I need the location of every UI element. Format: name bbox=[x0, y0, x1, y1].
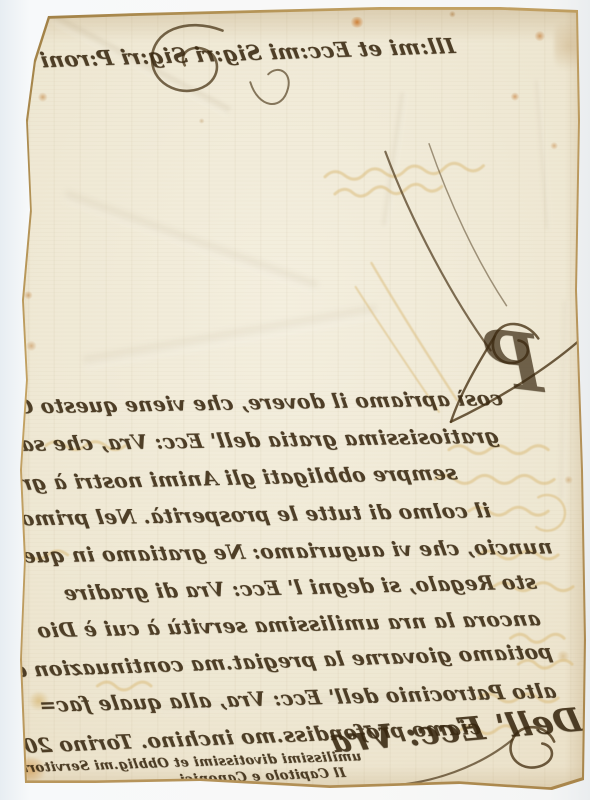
manuscript-line-12: Il Capitolo e Canonici bbox=[218, 766, 346, 786]
manuscript-line-8: potiamo giovarne la pregiat.ma continuaz… bbox=[36, 639, 553, 681]
paper-crease bbox=[559, 301, 568, 500]
manuscript-line-5: nuncio, che vi auguriamo: Ne gratiamo in… bbox=[28, 534, 553, 567]
manuscript-line-1: così apriamo il dovere, che viene questo… bbox=[38, 386, 503, 418]
manuscript-page: Ill:mi et Ecc:mi Sig:ri Sig:ri P:roni Co… bbox=[2, 3, 588, 797]
heading-line: Ill:mi et Ecc:mi Sig:ri Sig:ri P:roni Co… bbox=[139, 33, 455, 69]
foxing-spot bbox=[550, 142, 558, 150]
paper-edge-rim: Ill:mi et Ecc:mi Sig:ri Sig:ri P:roni Co… bbox=[0, 0, 590, 800]
foxing-spot bbox=[534, 31, 545, 42]
manuscript-line-7: ancora la nra umilissima servitù à cui è… bbox=[28, 606, 541, 642]
scanned-manuscript-photo: Ill:mi et Ecc:mi Sig:ri Sig:ri P:roni Co… bbox=[0, 0, 590, 800]
paper-crease bbox=[535, 80, 551, 229]
foxing-spot bbox=[38, 92, 48, 102]
foxing-spot bbox=[199, 118, 205, 124]
paper-crease bbox=[382, 92, 408, 226]
stain bbox=[556, 650, 570, 662]
foxing-spot bbox=[449, 11, 456, 18]
signature-flourish: Dell' Ecc: Vra bbox=[350, 700, 583, 759]
manuscript-line-2: gratiosissima gratia dell' Ecc: Vra, che… bbox=[26, 424, 499, 456]
manuscript-line-3: sempre obbligati gli Animi nostri à grad… bbox=[30, 460, 457, 494]
foxing-spot bbox=[350, 17, 365, 28]
paper-crease bbox=[83, 305, 379, 370]
manuscript-line-6: sto Regalo, si degni l' Ecc: Vra di grad… bbox=[32, 570, 537, 606]
manuscript-line-4: il colmo di tutte le prosperità. Nel pri… bbox=[32, 498, 491, 530]
foxing-spot bbox=[564, 475, 573, 484]
heading-text: Ill:mi et Ecc:mi Sig:ri Sig:ri P:roni Co… bbox=[137, 33, 457, 69]
paper-crease bbox=[63, 191, 319, 294]
foxing-spot bbox=[26, 340, 37, 351]
foxing-spot bbox=[24, 291, 33, 300]
stain bbox=[554, 15, 582, 77]
foxing-spot bbox=[510, 92, 519, 101]
